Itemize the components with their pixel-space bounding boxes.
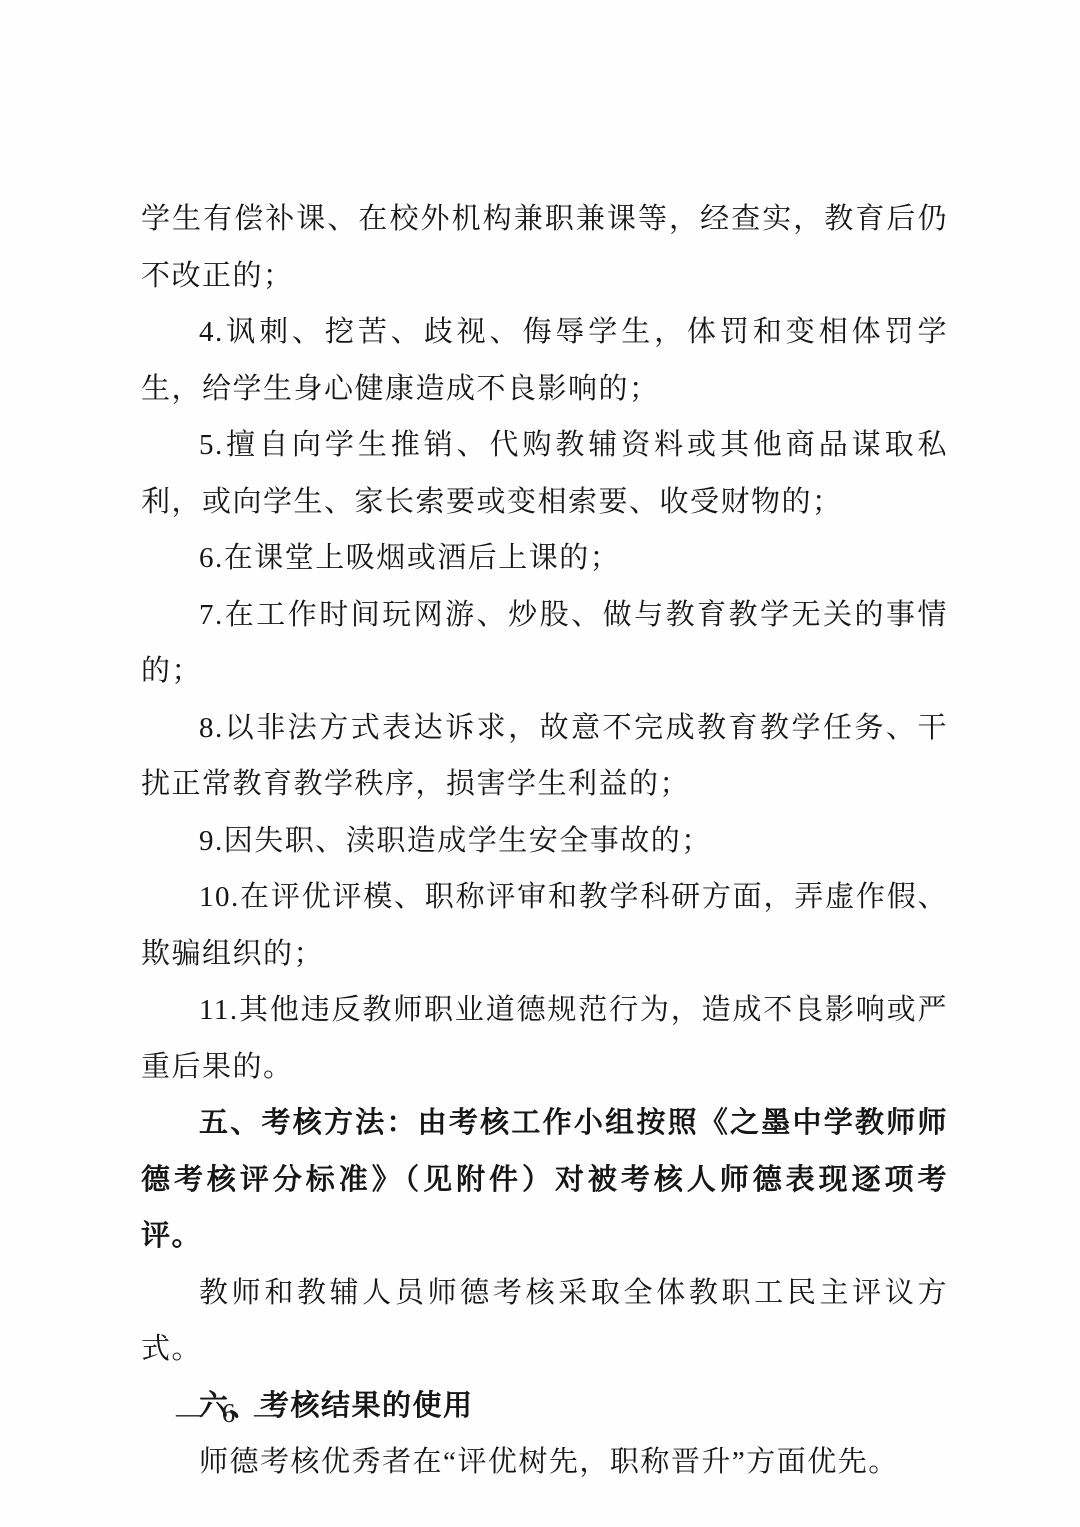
list-item-7: 7.在工作时间玩网游、炒股、做与教育教学无关的事情的； — [141, 587, 948, 700]
list-item-11: 11.其他违反教师职业道德规范行为，造成不良影响或严重后果的。 — [141, 982, 948, 1095]
paragraph-result-usage: 师德考核优秀者在“评优树先，职称晋升”方面优先。 — [141, 1434, 948, 1491]
list-item-6: 6.在课堂上吸烟或酒后上课的； — [141, 530, 948, 587]
document-body: 学生有偿补课、在校外机构兼职兼课等，经查实，教育后仍不改正的； 4.讽刺、挖苦、… — [141, 191, 948, 1491]
list-item-8: 8.以非法方式表达诉求，故意不完成教育教学任务、干扰正常教育教学秩序，损害学生利… — [141, 700, 948, 813]
page-number: — 6 — — [176, 1398, 287, 1429]
list-item-9: 9.因失职、渎职造成学生安全事故的； — [141, 813, 948, 870]
paragraph-assessment-method-note: 教师和教辅人员师德考核采取全体教职工民主评议方式。 — [141, 1265, 948, 1378]
list-item-5: 5.擅自向学生推销、代购教辅资料或其他商品谋取私利，或向学生、家长索要或变相索要… — [141, 417, 948, 530]
paragraph-continuation: 学生有偿补课、在校外机构兼职兼课等，经查实，教育后仍不改正的； — [141, 191, 948, 304]
document-page: 学生有偿补课、在校外机构兼职兼课等，经查实，教育后仍不改正的； 4.讽刺、挖苦、… — [0, 0, 1080, 1527]
section-heading-5-assessment-method: 五、考核方法：由考核工作小组按照《之墨中学教师师德考核评分标准》（见附件）对被考… — [141, 1095, 948, 1265]
list-item-4: 4.讽刺、挖苦、歧视、侮辱学生，体罚和变相体罚学生，给学生身心健康造成不良影响的… — [141, 304, 948, 417]
list-item-10: 10.在评优评模、职称评审和教学科研方面，弄虚作假、欺骗组织的； — [141, 869, 948, 982]
